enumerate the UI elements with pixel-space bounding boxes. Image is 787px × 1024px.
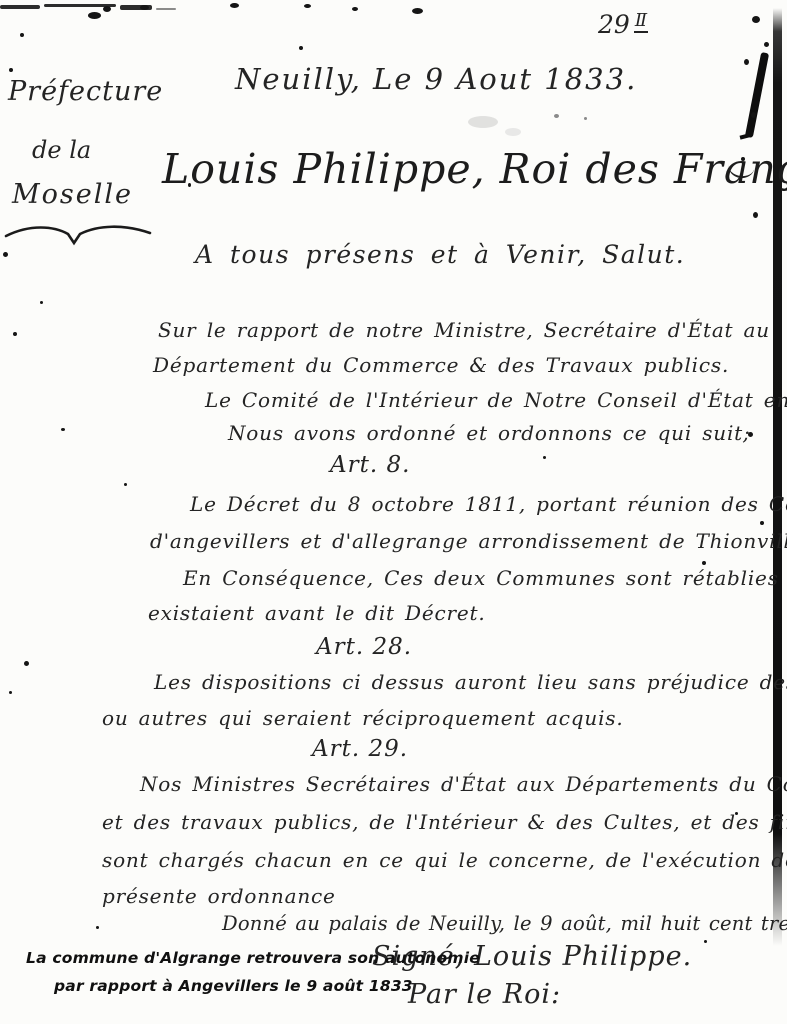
salutation: A tous présens et à Venir, Salut.	[195, 240, 685, 269]
manuscript-line: d'angevillers et d'allegrange arrondisse…	[150, 529, 787, 553]
dateline: Neuilly, Le 9 Aout 1833.	[235, 62, 637, 96]
ink-speck	[124, 483, 127, 486]
margin-de-la: de la	[32, 136, 91, 164]
scan-smudge	[505, 128, 521, 136]
manuscript-line: Nos Ministres Secrétaires d'État aux Dép…	[140, 772, 787, 796]
manuscript-line: Sur le rapport de notre Ministre, Secrét…	[158, 318, 770, 342]
document-page: 29Ⅱ Préfecture de la Moselle Neuilly, Le…	[0, 0, 787, 1024]
document-title: Louis Philippe, Roi des Français	[162, 145, 787, 193]
ink-speck	[704, 940, 707, 943]
caption-line-1: La commune d'Algrange retrouvera son aut…	[26, 949, 480, 967]
ink-speck	[103, 6, 111, 12]
manuscript-line: présente ordonnance	[102, 884, 336, 908]
ink-speck	[20, 33, 24, 37]
manuscript-line: et des travaux publics, de l'Intérieur &…	[102, 810, 787, 834]
closing-donne: Donné au palais de Neuilly, le 9 août, m…	[222, 912, 787, 935]
ink-speck	[543, 456, 546, 459]
ink-speck	[352, 7, 358, 11]
ink-speck	[9, 68, 13, 72]
ink-speck	[3, 252, 8, 257]
manuscript-line: Le Comité de l'Intérieur de Notre Consei…	[205, 388, 787, 412]
ink-speck	[764, 42, 769, 47]
pen-stroke-mark	[745, 52, 769, 138]
ink-speck	[24, 661, 29, 666]
scan-smudge	[156, 8, 176, 10]
manuscript-line: ou autres qui seraient réciproquement ac…	[102, 706, 624, 730]
ink-speck	[752, 16, 760, 23]
ink-speck	[88, 12, 101, 19]
ink-speck	[702, 561, 706, 565]
ink-speck	[96, 926, 99, 929]
manuscript-line: Département du Commerce & des Travaux pu…	[153, 353, 729, 377]
ink-speck	[554, 114, 559, 118]
ink-speck	[230, 3, 239, 8]
ink-speck	[9, 691, 12, 694]
manuscript-line: Nous avons ordonné et ordonnons ce qui s…	[228, 421, 751, 445]
ink-speck	[61, 428, 65, 431]
margin-prefecture: Préfecture	[8, 76, 163, 107]
manuscript-line: En Conséquence, Ces deux Communes sont r…	[183, 566, 787, 590]
ink-speck	[584, 117, 587, 120]
scan-smudge	[468, 116, 498, 128]
ink-speck	[753, 212, 758, 218]
ink-speck	[40, 301, 43, 304]
flourish-underline	[2, 220, 154, 248]
ink-speck	[751, 112, 756, 118]
ink-speck	[13, 332, 17, 336]
manuscript-line: Les dispositions ci dessus auront lieu s…	[154, 670, 787, 694]
scan-smudge	[0, 5, 40, 9]
ink-speck	[304, 4, 311, 8]
article-heading-3: Art. 29.	[312, 736, 408, 762]
margin-moselle: Moselle	[12, 179, 133, 210]
ink-speck	[140, 5, 149, 10]
ink-speck	[299, 46, 303, 50]
ink-speck	[760, 521, 764, 525]
corner-number: 29	[598, 10, 630, 39]
manuscript-line: existaient avant le dit Décret.	[148, 601, 486, 625]
ink-speck	[412, 8, 423, 14]
corner-annotation: 29Ⅱ	[598, 10, 648, 39]
manuscript-line: Le Décret du 8 octobre 1811, portant réu…	[190, 492, 787, 516]
par-le-roi-line: Par le Roi:	[408, 979, 561, 1010]
manuscript-line: sont chargés chacun en ce qui le concern…	[102, 848, 787, 872]
caption-line-2: par rapport à Angevillers le 9 août 1833	[54, 977, 413, 995]
corner-numeral: Ⅱ	[634, 10, 648, 33]
article-heading-2: Art. 28.	[316, 634, 412, 660]
article-heading-1: Art. 8.	[330, 452, 410, 478]
ink-speck	[744, 59, 749, 65]
